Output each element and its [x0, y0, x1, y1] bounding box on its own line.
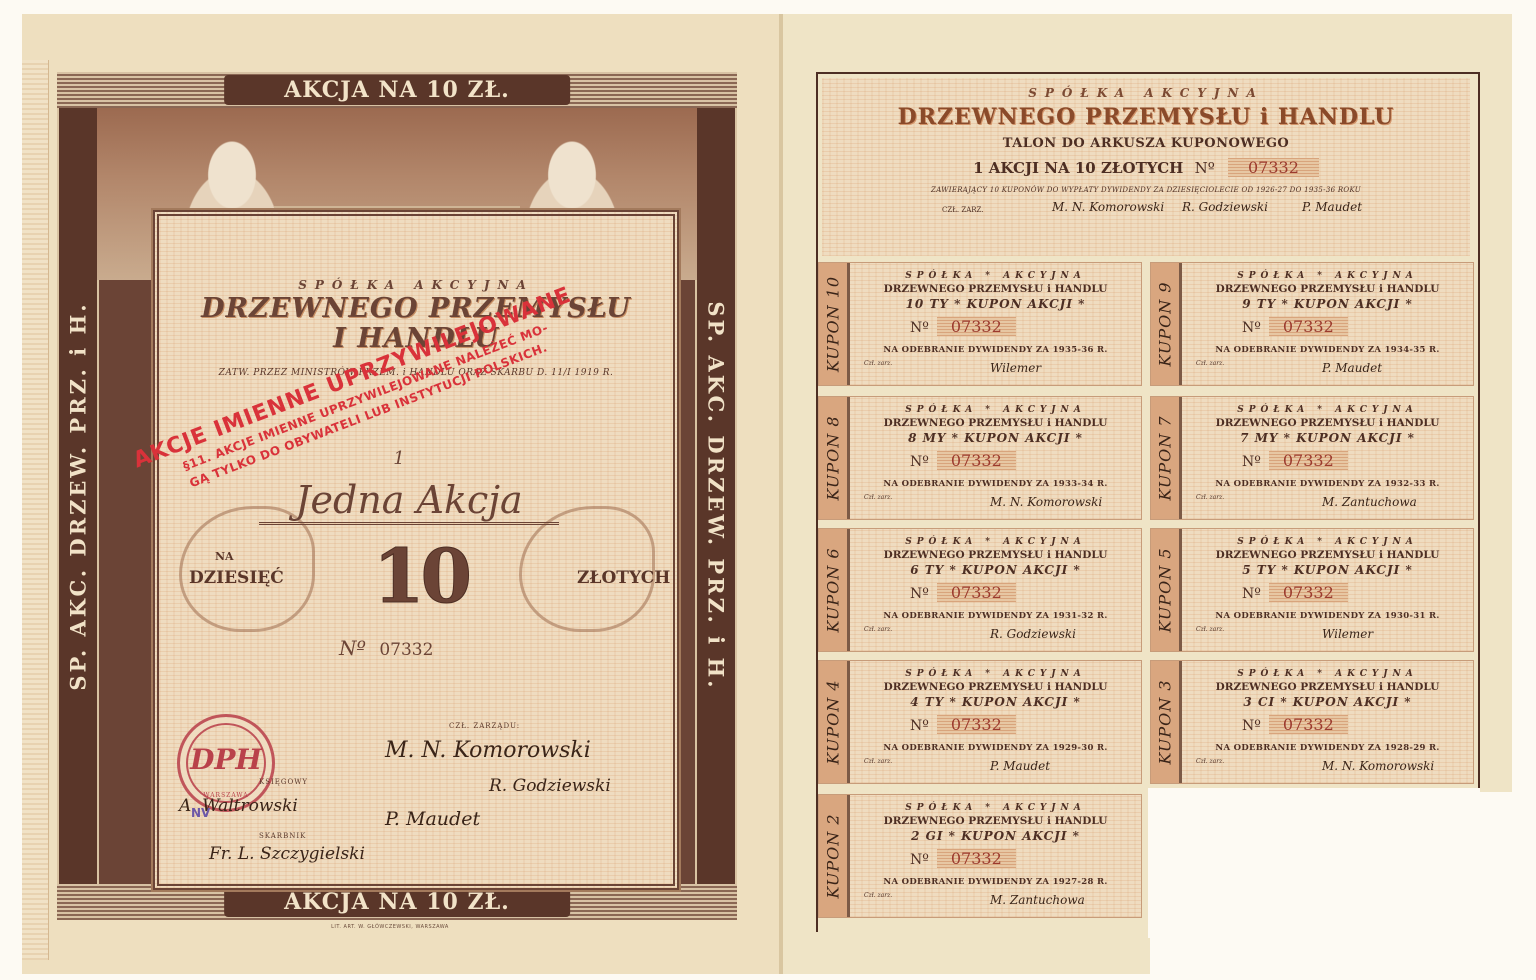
- coupon-sheet-cutout: [1148, 788, 1480, 938]
- coupon-company-name: DRZEWNEGO PRZEMYSŁU i HANDLU: [850, 417, 1141, 429]
- coupon-ordinal: 6 TY: [910, 563, 944, 577]
- talon-note: ZAWIERAJĄCY 10 KUPONÓW DO WYPŁATY DYWIDE…: [822, 186, 1470, 194]
- signature-treasurer: Fr. L. Szczygielski: [209, 844, 365, 864]
- seal-monogram: DPH: [180, 743, 272, 776]
- coupon-signature: P. Maudet: [990, 759, 1050, 773]
- coupon-number: Nº07332: [1242, 715, 1348, 734]
- coupon-company-type: SPÓŁKA * AKCYJNA: [850, 669, 1141, 679]
- accountant-label: KSIĘGOWY: [259, 778, 308, 786]
- coupon-6: KUPON 6 SPÓŁKA * AKCYJNA DRZEWNEGO PRZEM…: [818, 528, 1142, 652]
- coupon-dividend-note: NA ODEBRANIE DYWIDENDY ZA 1933-34 R.: [850, 479, 1141, 489]
- coupon-note-prefix: NA ODEBRANIE DYWIDENDY ZA: [883, 743, 1049, 753]
- certificate-panel: SPÓŁKA AKCYJNA DRZEWNEGO PRZEMYSŁU I HAN…: [153, 210, 679, 890]
- coupon-dividend-note: NA ODEBRANIE DYWIDENDY ZA 1935-36 R.: [850, 345, 1141, 355]
- coupon-note-prefix: NA ODEBRANIE DYWIDENDY ZA: [1215, 345, 1381, 355]
- talon-number: 07332: [1228, 158, 1319, 177]
- coupon-title: 7 MY * KUPON AKCJI *: [1182, 431, 1473, 445]
- coupon-number: Nº07332: [910, 451, 1016, 470]
- currency-label: ZŁOTYCH: [577, 568, 670, 588]
- coupon-note-prefix: NA ODEBRANIE DYWIDENDY ZA: [1215, 743, 1381, 753]
- top-banner-label: AKCJA NA 10 ZŁ.: [224, 75, 570, 105]
- coupon-tab: KUPON 3: [1151, 661, 1182, 783]
- coupon-signature: M. Zantuchowa: [1322, 495, 1417, 509]
- bottom-banner-label: AKCJA NA 10 ZŁ.: [224, 887, 570, 917]
- company-type: SPÓŁKA AKCYJNA: [159, 278, 673, 292]
- coupon-company-type: SPÓŁKA * AKCYJNA: [850, 537, 1141, 547]
- coupon-tab: KUPON 2: [819, 795, 850, 917]
- signature-board-3: P. Maudet: [385, 808, 480, 830]
- coupon-dividend-note: NA ODEBRANIE DYWIDENDY ZA 1930-31 R.: [1182, 611, 1473, 621]
- coupon-number-symbol: Nº: [1242, 454, 1261, 470]
- coupon-tab: KUPON 4: [819, 661, 850, 783]
- coupon-signature: M. N. Komorowski: [1322, 759, 1434, 773]
- top-banner: AKCJA NA 10 ZŁ.: [57, 72, 737, 108]
- coupon-number-symbol: Nº: [910, 454, 929, 470]
- coupon-company-name: DRZEWNEGO PRZEMYSŁU i HANDLU: [1182, 681, 1473, 693]
- coupon-tab-label: KUPON 9: [1156, 281, 1175, 366]
- coupon-tab: KUPON 8: [819, 397, 850, 519]
- coupon-board-label: Czł. zarz.: [1196, 494, 1224, 501]
- coupon-board-label: Czł. zarz.: [864, 360, 892, 367]
- coupon-9: KUPON 9 SPÓŁKA * AKCYJNA DRZEWNEGO PRZEM…: [1150, 262, 1474, 386]
- coupon-title: 9 TY * KUPON AKCJI *: [1182, 297, 1473, 311]
- left-side-band: SP. AKC. DRZEW. PRZ. i H.: [57, 108, 99, 884]
- coupon-tab-label: KUPON 8: [824, 415, 843, 500]
- coupon-note-prefix: NA ODEBRANIE DYWIDENDY ZA: [883, 877, 1049, 887]
- coupon-4: KUPON 4 SPÓŁKA * AKCYJNA DRZEWNEGO PRZEM…: [818, 660, 1142, 784]
- coupon-number: Nº07332: [910, 317, 1016, 336]
- coupon-tab-label: KUPON 10: [824, 276, 843, 372]
- coupon-suffix: * KUPON AKCJI *: [949, 829, 1080, 843]
- board-label: CZŁ. ZARZĄDU:: [449, 722, 520, 730]
- coupon-suffix: * KUPON AKCJI *: [1281, 297, 1412, 311]
- coupon-number-symbol: Nº: [910, 852, 929, 868]
- coupon-number-value: 07332: [1269, 583, 1348, 602]
- coupon-ordinal: 4 TY: [910, 695, 944, 709]
- talon-signature-2: R. Godziewski: [1182, 200, 1268, 214]
- coupon-number: Nº07332: [1242, 451, 1348, 470]
- coupon-number-value: 07332: [937, 583, 1016, 602]
- coupon-note-prefix: NA ODEBRANIE DYWIDENDY ZA: [1215, 611, 1381, 621]
- coupon-ordinal: 3 CI: [1243, 695, 1275, 709]
- coupon-company-name: DRZEWNEGO PRZEMYSŁU i HANDLU: [850, 283, 1141, 295]
- coupon-tab-label: KUPON 3: [1156, 679, 1175, 764]
- center-fold: [779, 14, 783, 974]
- coupon-company-type: SPÓŁKA * AKCYJNA: [1182, 537, 1473, 547]
- coupon-dividend-note: NA ODEBRANIE DYWIDENDY ZA 1927-28 R.: [850, 877, 1141, 887]
- company-name-line1: DRZEWNEGO PRZEMYSŁU: [159, 294, 673, 324]
- coupon-number-symbol: Nº: [1242, 320, 1261, 336]
- coupon-tab-label: KUPON 4: [824, 679, 843, 764]
- coupon-signature: P. Maudet: [1322, 361, 1382, 375]
- talon-signature-1: M. N. Komorowski: [1052, 200, 1164, 214]
- coupon-signature: Wilemer: [990, 361, 1041, 375]
- coupon-dividend-note: NA ODEBRANIE DYWIDENDY ZA 1928-29 R.: [1182, 743, 1473, 753]
- talon-number-symbol: Nº: [1195, 159, 1215, 177]
- coupon-signature: M. N. Komorowski: [990, 495, 1102, 509]
- signature-board-1: M. N. Komorowski: [385, 738, 591, 763]
- coupon-signature: R. Godziewski: [990, 627, 1076, 641]
- coupon-board-label: Czł. zarz.: [864, 626, 892, 633]
- coupon-7: KUPON 7 SPÓŁKA * AKCYJNA DRZEWNEGO PRZEM…: [1150, 396, 1474, 520]
- coupon-suffix: * KUPON AKCJI *: [1280, 695, 1411, 709]
- coupon-title: 6 TY * KUPON AKCJI *: [850, 563, 1141, 577]
- signature-board-2: R. Godziewski: [489, 776, 611, 796]
- coupon-number-symbol: Nº: [910, 718, 929, 734]
- coupon-board-label: Czł. zarz.: [1196, 360, 1224, 367]
- coupon-company-name: DRZEWNEGO PRZEMYSŁU i HANDLU: [850, 681, 1141, 693]
- coupon-dividend-note: NA ODEBRANIE DYWIDENDY ZA 1934-35 R.: [1182, 345, 1473, 355]
- coupon-number-value: 07332: [937, 317, 1016, 336]
- coupon-board-label: Czł. zarz.: [1196, 758, 1224, 765]
- coupon-years: 1928-29 R.: [1385, 743, 1440, 753]
- coupon-board-label: Czł. zarz.: [1196, 626, 1224, 633]
- talon-share-line: 1 AKCJI NA 10 ZŁOTYCH Nº 07332: [822, 158, 1470, 177]
- coupon-tab-label: KUPON 2: [824, 813, 843, 898]
- coupon-years: 1927-28 R.: [1053, 877, 1108, 887]
- amount-numeral: 10: [373, 534, 468, 620]
- coupon-years: 1933-34 R.: [1053, 479, 1108, 489]
- coupon-years: 1930-31 R.: [1385, 611, 1440, 621]
- talon-share-text: 1 AKCJI NA 10 ZŁOTYCH: [973, 159, 1183, 177]
- coupon-number: Nº07332: [910, 583, 1016, 602]
- coupon-number: Nº07332: [1242, 317, 1348, 336]
- talon-subtitle: TALON DO ARKUSZA KUPONOWEGO: [822, 136, 1470, 151]
- coupon-company-type: SPÓŁKA * AKCYJNA: [1182, 271, 1473, 281]
- coupon-tab: KUPON 5: [1151, 529, 1182, 651]
- treasurer-label: SKARBNIK: [259, 832, 306, 840]
- talon-company-type: SPÓŁKA AKCYJNA: [822, 86, 1470, 100]
- talon-board-label: CZŁ. ZARZ.: [942, 206, 984, 214]
- coupon-number-symbol: Nº: [910, 320, 929, 336]
- coupon-company-type: SPÓŁKA * AKCYJNA: [850, 405, 1141, 415]
- coupon-tab-label: KUPON 7: [1156, 415, 1175, 500]
- coupon-suffix: * KUPON AKCJI *: [949, 695, 1080, 709]
- coupon-tab: KUPON 7: [1151, 397, 1182, 519]
- coupon-ordinal: 8 MY: [908, 431, 946, 445]
- coupon-dividend-note: NA ODEBRANIE DYWIDENDY ZA 1932-33 R.: [1182, 479, 1473, 489]
- coupon-number: Nº07332: [910, 849, 1016, 868]
- coupon-dividend-note: NA ODEBRANIE DYWIDENDY ZA 1931-32 R.: [850, 611, 1141, 621]
- coupon-5: KUPON 5 SPÓŁKA * AKCYJNA DRZEWNEGO PRZEM…: [1150, 528, 1474, 652]
- coupon-number-value: 07332: [937, 451, 1016, 470]
- coupon-years: 1935-36 R.: [1053, 345, 1108, 355]
- coupon-suffix: * KUPON AKCJI *: [949, 563, 1080, 577]
- coupon-note-prefix: NA ODEBRANIE DYWIDENDY ZA: [883, 611, 1049, 621]
- coupon-ordinal: 10 TY: [906, 297, 949, 311]
- number-symbol: Nº: [339, 636, 366, 660]
- coupon-ordinal: 5 TY: [1242, 563, 1276, 577]
- coupon-note-prefix: NA ODEBRANIE DYWIDENDY ZA: [883, 345, 1049, 355]
- coupon-number-symbol: Nº: [910, 586, 929, 602]
- coupon-tab-label: KUPON 5: [1156, 547, 1175, 632]
- coupon-years: 1932-33 R.: [1385, 479, 1440, 489]
- coupon-number-value: 07332: [1269, 317, 1348, 336]
- company-name-line2: I HANDLU: [159, 324, 673, 354]
- coupon-8: KUPON 8 SPÓŁKA * AKCYJNA DRZEWNEGO PRZEM…: [818, 396, 1142, 520]
- coupon-title: 3 CI * KUPON AKCJI *: [1182, 695, 1473, 709]
- coupon-company-type: SPÓŁKA * AKCYJNA: [1182, 669, 1473, 679]
- coupon-tab: KUPON 6: [819, 529, 850, 651]
- coupon-years: 1931-32 R.: [1053, 611, 1108, 621]
- amount-in-words: DZIESIĘĆ: [189, 568, 284, 588]
- coupon-company-type: SPÓŁKA * AKCYJNA: [850, 271, 1141, 281]
- coupon-number-value: 07332: [1269, 715, 1348, 734]
- coupon-tab: KUPON 10: [819, 263, 850, 385]
- left-side-label: SP. AKC. DRZEW. PRZ. i H.: [66, 301, 91, 690]
- coupon-company-type: SPÓŁKA * AKCYJNA: [1182, 405, 1473, 415]
- coupon-company-name: DRZEWNEGO PRZEMYSŁU i HANDLU: [850, 549, 1141, 561]
- coupon-signature: Wilemer: [1322, 627, 1373, 641]
- coupon-signature: M. Zantuchowa: [990, 893, 1085, 907]
- coupon-tab: KUPON 9: [1151, 263, 1182, 385]
- coupon-title: 5 TY * KUPON AKCJI *: [1182, 563, 1473, 577]
- right-side-label: SP. AKC. DRZEW. PRZ. i H.: [704, 301, 729, 690]
- coupon-10: KUPON 10 SPÓŁKA * AKCYJNA DRZEWNEGO PRZE…: [818, 262, 1142, 386]
- coupon-suffix: * KUPON AKCJI *: [1284, 431, 1415, 445]
- coupon-company-name: DRZEWNEGO PRZEMYSŁU i HANDLU: [1182, 283, 1473, 295]
- coupon-tab-label: KUPON 6: [824, 547, 843, 632]
- coupon-note-prefix: NA ODEBRANIE DYWIDENDY ZA: [883, 479, 1049, 489]
- coupon-number-value: 07332: [937, 715, 1016, 734]
- share-certificate: AKCJA NA 10 ZŁ. SP. AKC. DRZEW. PRZ. i H…: [57, 72, 737, 920]
- coupon-company-name: DRZEWNEGO PRZEMYSŁU i HANDLU: [850, 815, 1141, 827]
- certificate-number-value: 07332: [379, 640, 433, 660]
- coupon-title: 4 TY * KUPON AKCJI *: [850, 695, 1141, 709]
- company-name: DRZEWNEGO PRZEMYSŁU I HANDLU: [159, 294, 673, 354]
- coupon-number: Nº07332: [910, 715, 1016, 734]
- coupon-board-label: Czł. zarz.: [864, 758, 892, 765]
- printer-imprint: LIT. ART. W. GŁÓWCZEWSKI, WARSZAWA: [330, 924, 450, 930]
- approval-note: ZATW. PRZEZ MINISTRÓW PRZEM. i HANDLU OR…: [159, 368, 673, 378]
- share-count: 1: [369, 448, 429, 469]
- coupon-number: Nº07332: [1242, 583, 1348, 602]
- coupon-2: KUPON 2 SPÓŁKA * AKCYJNA DRZEWNEGO PRZEM…: [818, 794, 1142, 918]
- amount-prefix: NA: [215, 550, 234, 563]
- coupon-number-value: 07332: [937, 849, 1016, 868]
- coupon-years: 1934-35 R.: [1385, 345, 1440, 355]
- coupon-company-type: SPÓŁKA * AKCYJNA: [850, 803, 1141, 813]
- coupon-note-prefix: NA ODEBRANIE DYWIDENDY ZA: [1215, 479, 1381, 489]
- coupon-title: 2 GI * KUPON AKCJI *: [850, 829, 1141, 843]
- coupon-number-symbol: Nº: [1242, 718, 1261, 734]
- scalloped-left-edge: [22, 60, 49, 960]
- coupon-3: KUPON 3 SPÓŁKA * AKCYJNA DRZEWNEGO PRZEM…: [1150, 660, 1474, 784]
- coupon-board-label: Czł. zarz.: [864, 494, 892, 501]
- coupon-number-symbol: Nº: [1242, 586, 1261, 602]
- coupon-suffix: * KUPON AKCJI *: [954, 297, 1085, 311]
- coupon-suffix: * KUPON AKCJI *: [1281, 563, 1412, 577]
- talon-company-name: DRZEWNEGO PRZEMYSŁU i HANDLU: [822, 104, 1470, 130]
- talon-header: SPÓŁKA AKCYJNA DRZEWNEGO PRZEMYSŁU i HAN…: [822, 78, 1470, 256]
- talon-signature-3: P. Maudet: [1302, 200, 1362, 214]
- coupon-suffix: * KUPON AKCJI *: [952, 431, 1083, 445]
- coupon-title: 8 MY * KUPON AKCJI *: [850, 431, 1141, 445]
- coupon-board-label: Czł. zarz.: [864, 892, 892, 899]
- coupon-ordinal: 9 TY: [1242, 297, 1276, 311]
- coupon-title: 10 TY * KUPON AKCJI *: [850, 297, 1141, 311]
- share-title: Jedna Akcja: [259, 478, 559, 525]
- certificate-number: Nº 07332: [339, 636, 433, 660]
- coupon-company-name: DRZEWNEGO PRZEMYSŁU i HANDLU: [1182, 549, 1473, 561]
- coupon-years: 1929-30 R.: [1053, 743, 1108, 753]
- coupon-number-value: 07332: [1269, 451, 1348, 470]
- coupon-ordinal: 7 MY: [1240, 431, 1278, 445]
- right-side-band: SP. AKC. DRZEW. PRZ. i H.: [695, 108, 737, 884]
- coupon-dividend-note: NA ODEBRANIE DYWIDENDY ZA 1929-30 R.: [850, 743, 1141, 753]
- registration-mark: NV: [191, 806, 210, 820]
- coupon-ordinal: 2 GI: [911, 829, 943, 843]
- coupon-company-name: DRZEWNEGO PRZEMYSŁU i HANDLU: [1182, 417, 1473, 429]
